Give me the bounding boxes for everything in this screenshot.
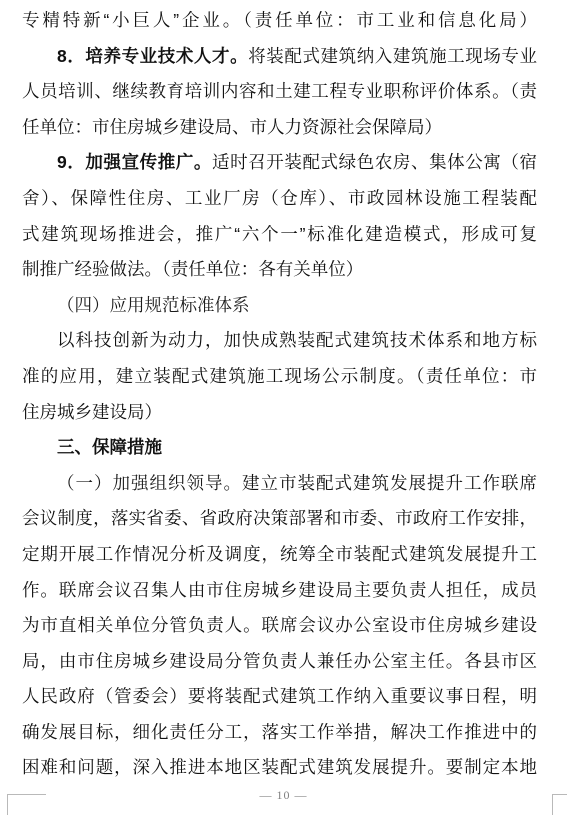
text-run: 将装配式建筑纳入建筑施工现场专业 — [248, 46, 537, 66]
text-line: 舍）、保障性住房、工业厂房（仓库）、市政园林设施工程装配 — [22, 181, 537, 217]
text-run: 人员培训、继续教育培训内容和土建工程专业职称评价体系。（责 — [22, 81, 537, 101]
text-line: 确发展目标，细化责任分工，落实工作举措，解决工作推进中的 — [22, 715, 537, 751]
text-line: （四）应用规范标准体系 — [22, 288, 537, 324]
text-line: 人民政府（管委会）要将装配式建筑工作纳入重要议事日程，明 — [22, 679, 537, 715]
text-run: 以科技创新为动力，加快成熟装配式建筑技术体系和地方标 — [57, 330, 537, 350]
text-run: 舍）、保障性住房、工业厂房（仓库）、市政园林设施工程装配 — [22, 188, 537, 208]
text-run: 8．培养专业技术人才。 — [57, 46, 248, 66]
text-line: 三、保障措施 — [22, 430, 537, 466]
text-run: 建立市装配式建筑发展提升工作联席 — [242, 473, 537, 493]
text-run: 专精特新“小巨人”企业。（责任单位：市工业和信息化局） — [22, 10, 537, 30]
document-content: 专精特新“小巨人”企业。（责任单位：市工业和信息化局）8．培养专业技术人才。将装… — [22, 3, 537, 786]
text-line: 任单位：市住房城乡建设局、市人力资源社会保障局） — [22, 110, 537, 146]
text-run: 困难和问题，深入推进本地区装配式建筑发展提升。要制定本地 — [22, 757, 537, 777]
text-line: 专精特新“小巨人”企业。（责任单位：市工业和信息化局） — [22, 3, 537, 39]
document-page: 专精特新“小巨人”企业。（责任单位：市工业和信息化局）8．培养专业技术人才。将装… — [0, 0, 567, 815]
text-run: 作。联席会议召集人由市住房城乡建设局主要负责人担任，成员 — [22, 580, 537, 600]
text-run: 人民政府（管委会）要将装配式建筑工作纳入重要议事日程，明 — [22, 686, 537, 706]
text-run: 为市直相关单位分管负责人。联席会议办公室设市住房城乡建设 — [22, 615, 537, 635]
page-footer: — 10 — — [0, 786, 567, 804]
text-run: 式建筑现场推进会，推广“六个一”标准化建造模式，形成可复 — [22, 224, 537, 244]
text-line: 定期开展工作情况分析及调度，统筹全市装配式建筑发展提升工 — [22, 537, 537, 573]
text-line: 9．加强宣传推广。适时召开装配式绿色农房、集体公寓（宿 — [22, 145, 537, 181]
text-run: 会议制度，落实省委、省政府决策部署和市委、市政府工作安排， — [22, 508, 537, 528]
text-run: 适时召开装配式绿色农房、集体公寓（宿 — [212, 152, 537, 172]
text-run: （一）加强组织领导。 — [57, 473, 242, 493]
text-line: 人员培训、继续教育培训内容和土建工程专业职称评价体系。（责 — [22, 74, 537, 110]
text-line: （一）加强组织领导。建立市装配式建筑发展提升工作联席 — [22, 466, 537, 502]
text-run: 三、保障措施 — [57, 437, 162, 457]
page-corner-mark-left-icon — [7, 794, 46, 815]
text-line: 8．培养专业技术人才。将装配式建筑纳入建筑施工现场专业 — [22, 39, 537, 75]
text-line: 作。联席会议召集人由市住房城乡建设局主要负责人担任，成员 — [22, 573, 537, 609]
text-run: 住房城乡建设局） — [22, 402, 162, 422]
text-run: 定期开展工作情况分析及调度，统筹全市装配式建筑发展提升工 — [22, 544, 537, 564]
text-run: 9．加强宣传推广。 — [57, 152, 212, 172]
page-corner-mark-right-icon — [552, 794, 567, 815]
text-line: 准的应用，建立装配式建筑施工现场公示制度。（责任单位：市 — [22, 359, 537, 395]
text-line: 会议制度，落实省委、省政府决策部署和市委、市政府工作安排， — [22, 501, 537, 537]
text-run: 制推广经验做法。（责任单位：各有关单位） — [22, 259, 363, 279]
text-run: 准的应用，建立装配式建筑施工现场公示制度。（责任单位：市 — [22, 366, 537, 386]
page-number: — 10 — — [260, 788, 308, 802]
text-line: 制推广经验做法。（责任单位：各有关单位） — [22, 252, 537, 288]
text-run: （四）应用规范标准体系 — [57, 295, 250, 315]
text-run: 任单位：市住房城乡建设局、市人力资源社会保障局） — [22, 117, 442, 137]
text-line: 式建筑现场推进会，推广“六个一”标准化建造模式，形成可复 — [22, 217, 537, 253]
text-line: 为市直相关单位分管负责人。联席会议办公室设市住房城乡建设 — [22, 608, 537, 644]
text-run: 局，由市住房城乡建设局分管负责人兼任办公室主任。各县市区 — [22, 651, 537, 671]
text-line: 局，由市住房城乡建设局分管负责人兼任办公室主任。各县市区 — [22, 644, 537, 680]
text-line: 住房城乡建设局） — [22, 395, 537, 431]
text-line: 以科技创新为动力，加快成熟装配式建筑技术体系和地方标 — [22, 323, 537, 359]
text-line: 困难和问题，深入推进本地区装配式建筑发展提升。要制定本地 — [22, 750, 537, 786]
text-run: 确发展目标，细化责任分工，落实工作举措，解决工作推进中的 — [22, 722, 537, 742]
